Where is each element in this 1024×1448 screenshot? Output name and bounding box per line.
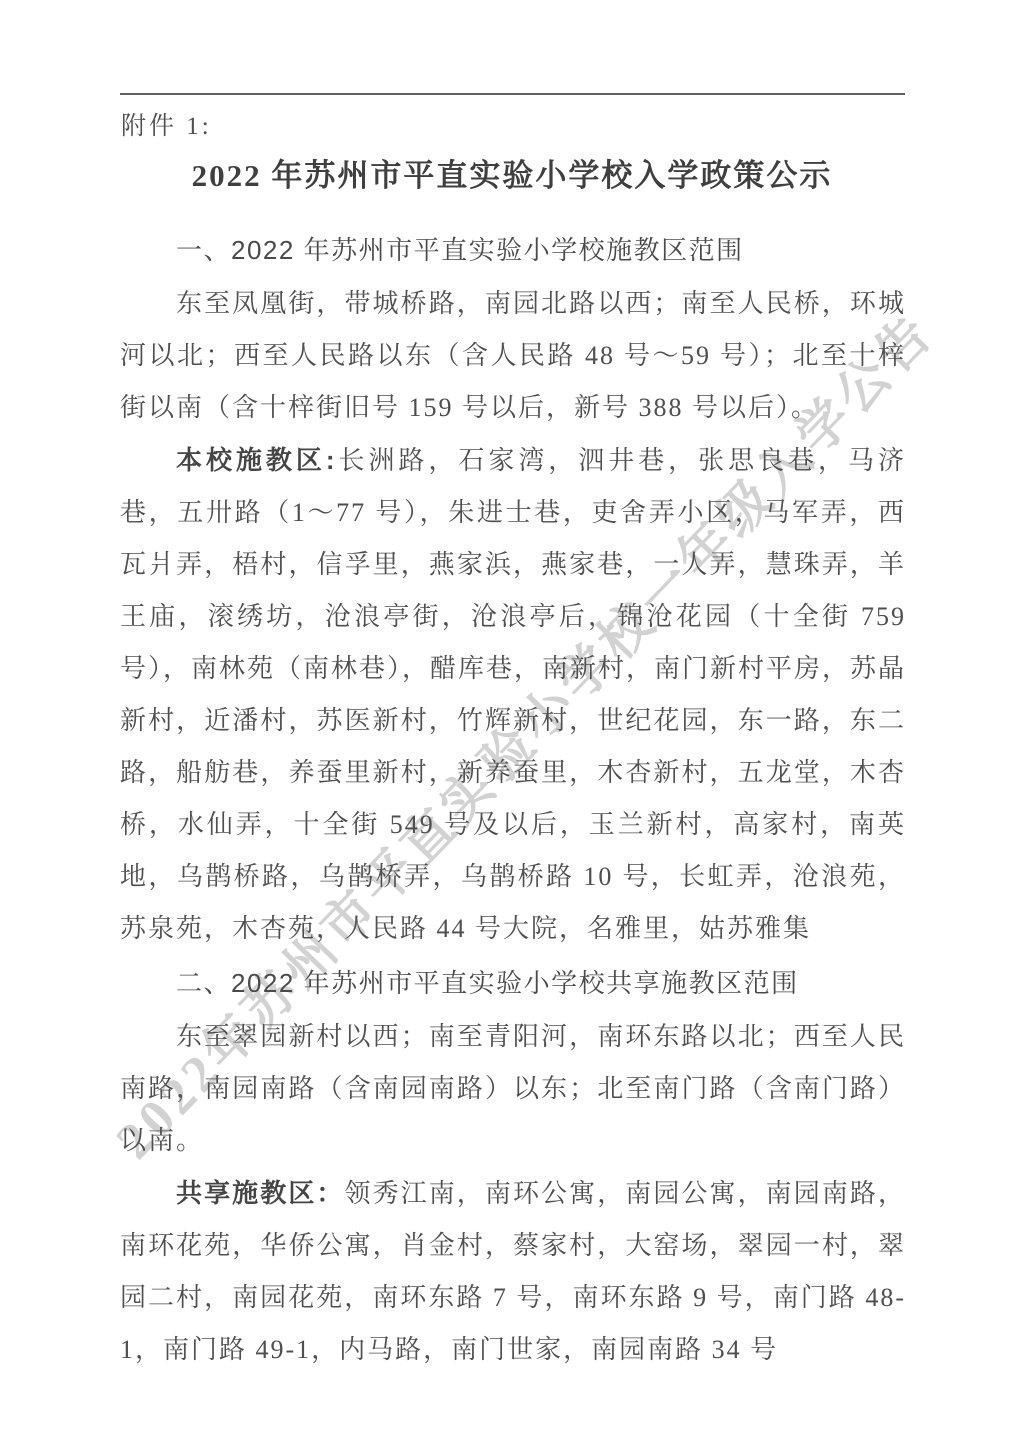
section-1-district-text: 长洲路，石家湾，泗井巷，张思良巷，马济巷，五卅路（1～77 号），朱进士巷，吏舍… (120, 446, 906, 943)
section-1-district-paragraph: 本校施教区:长洲路，石家湾，泗井巷，张思良巷，马济巷，五卅路（1～77 号），朱… (120, 434, 906, 955)
page-title: 2022 年苏州市平直实验小学校入学政策公示 (0, 150, 1024, 195)
section-2-district-paragraph: 共享施教区：领秀江南，南环公寓，南园公寓，南园南路，南环花苑，华侨公寓，肖金村，… (120, 1167, 906, 1376)
section-1-boundary-paragraph: 东至凤凰街，带城桥路，南园北路以西；南至人民桥，环城河以北；西至人民路以东（含人… (120, 278, 906, 434)
attachment-label: 附件 1: (121, 106, 212, 142)
section-1-boundary-text: 东至凤凰街，带城桥路，南园北路以西；南至人民桥，环城河以北；西至人民路以东（含人… (120, 289, 906, 422)
section-1-heading: 一、2022 年苏州市平直实验小学校施教区范围 (120, 222, 906, 278)
section-2-heading: 二、2022 年苏州市平直实验小学校共享施教区范围 (120, 955, 906, 1011)
section-1-district-lead: 本校施教区: (176, 445, 337, 475)
section-2-boundary-paragraph: 东至翠园新村以西；南至青阳河，南环东路以北；西至人民南路，南园南路（含南园南路）… (120, 1011, 906, 1167)
document-body: 一、2022 年苏州市平直实验小学校施教区范围 东至凤凰街，带城桥路，南园北路以… (120, 222, 906, 1376)
section-2-district-lead: 共享施教区： (176, 1178, 344, 1208)
top-rule (120, 93, 905, 95)
section-2-boundary-text: 东至翠园新村以西；南至青阳河，南环东路以北；西至人民南路，南园南路（含南园南路）… (120, 1022, 906, 1155)
